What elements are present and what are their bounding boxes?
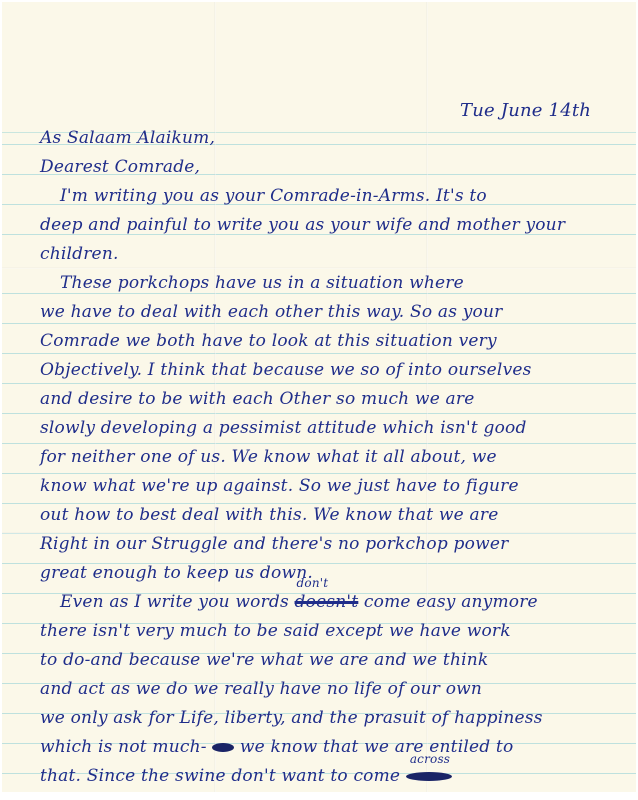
greeting: Dearest Comrade,	[40, 157, 200, 177]
letter-line: Right in our Struggle and there's no por…	[40, 534, 508, 554]
line-text: that. Since the swine don't want to come	[40, 766, 400, 786]
letter-line: I'm writing you as your Comrade-in-Arms.…	[60, 186, 487, 206]
salutation: As Salaam Alaikum,	[40, 128, 215, 148]
letter-line: Comrade we both have to look at this sit…	[40, 331, 497, 351]
struck-word: doesn't	[295, 592, 359, 612]
letter-line: out how to best deal with this. We know …	[40, 505, 498, 525]
letter-line: slowly developing a pessimist attitude w…	[40, 418, 527, 438]
line-text: we know that we are entiled to	[240, 737, 513, 757]
letter-line: and act as we do we really have no life …	[40, 679, 482, 699]
letter-line: and desire to be with each Other so much…	[40, 389, 474, 409]
letter-date: Tue June 14th	[460, 100, 591, 121]
letter-line: Objectively. I think that because we so …	[40, 360, 532, 380]
letter-line: we only ask for Life, liberty, and the p…	[40, 708, 543, 728]
letter-line: Even as I write you words don't doesn't …	[60, 592, 538, 612]
letter-line: for neither one of us. We know what it a…	[40, 447, 497, 467]
correction: across	[406, 766, 452, 786]
ink-blot	[406, 772, 452, 781]
letter-line: know what we're up against. So we just h…	[40, 476, 519, 496]
letter-line: we have to deal with each other this way…	[40, 302, 502, 322]
letter-line: that. Since the swine don't want to come…	[40, 766, 452, 786]
letter-line: there isn't very much to be said except …	[40, 621, 511, 641]
line-text: which is not much-	[40, 737, 207, 757]
letter-line: deep and painful to write you as your wi…	[40, 215, 565, 235]
line-text: come easy anymore	[364, 592, 538, 612]
letter-line: great enough to keep us down.	[40, 563, 313, 583]
inserted-word: don't	[297, 576, 329, 590]
line-text: Even as I write you words	[60, 592, 289, 612]
letter-line: to do-and because we're what we are and …	[40, 650, 488, 670]
letter-line: These porkchops have us in a situation w…	[60, 273, 464, 293]
letter-line: children.	[40, 244, 119, 264]
letter-page: Tue June 14th As Salaam Alaikum, Dearest…	[2, 2, 636, 792]
correction: don't doesn't	[295, 592, 359, 612]
inserted-word: across	[410, 752, 450, 766]
ink-blot	[212, 743, 234, 752]
fold-crease-horizontal	[2, 267, 636, 269]
